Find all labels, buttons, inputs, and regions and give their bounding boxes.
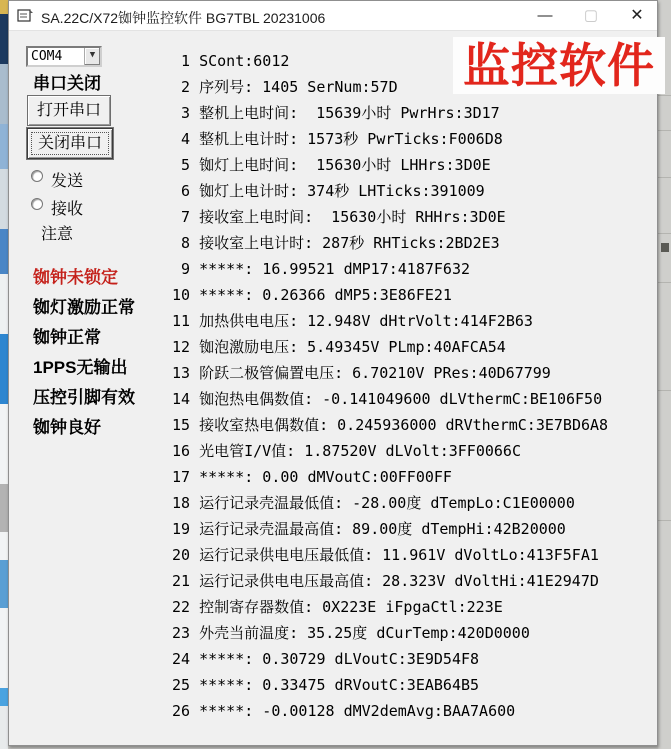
receive-radio-label: 接收 — [51, 196, 83, 219]
focus-rect — [31, 132, 109, 155]
monitor-line: 20 运行记录供电电压最低值: 11.961V dVoltLo:413F5FA1 — [172, 544, 652, 570]
monitor-line: 11 加热供电电压: 12.948V dHtrVolt:414F2B63 — [172, 310, 652, 336]
status-list: 铷钟未锁定铷灯激励正常铷钟正常1PPS无输出压控引脚有效铷钟良好 — [33, 263, 135, 443]
status-item: 1PPS无输出 — [33, 353, 135, 383]
monitor-line: 26 *****: -0.00128 dMV2demAvg:BAA7A600 — [172, 700, 652, 726]
monitor-line: 3 整机上电时间: 15639小时 PwrHrs:3D17 — [172, 102, 652, 128]
radio-circle-icon — [31, 198, 43, 210]
monitor-line: 25 *****: 0.33475 dRVoutC:3EAB64B5 — [172, 674, 652, 700]
monitor-output: 1 SCont:6012 2 序列号: 1405 SerNum:57D 3 整机… — [172, 50, 652, 726]
monitor-line: 8 接收室上电计时: 287秒 RHTicks:2BD2E3 — [172, 232, 652, 258]
background-glyph — [661, 243, 669, 252]
monitor-line: 18 运行记录壳温最低值: -28.00度 dTempLo:C1E00000 — [172, 492, 652, 518]
status-item: 压控引脚有效 — [33, 383, 135, 413]
monitor-line: 23 外壳当前温度: 35.25度 dCurTemp:420D0000 — [172, 622, 652, 648]
status-item: 铷钟正常 — [33, 323, 135, 353]
background-window-right-edge — [658, 0, 671, 749]
close-button[interactable]: ✕ — [615, 1, 659, 31]
monitor-line: 2 序列号: 1405 SerNum:57D — [172, 76, 652, 102]
status-item: 铷灯激励正常 — [33, 293, 135, 323]
monitor-line: 6 铷灯上电计时: 374秒 LHTicks:391009 — [172, 180, 652, 206]
monitor-line: 15 接收室热电偶数值: 0.245936000 dRVthermC:3E7BD… — [172, 414, 652, 440]
port-status-label: 串口关闭 — [33, 69, 101, 94]
status-item: 铷钟良好 — [33, 413, 135, 443]
monitor-line: 22 控制寄存器数值: 0X223E iFpgaCtl:223E — [172, 596, 652, 622]
radio-circle-icon — [31, 170, 43, 182]
maximize-button: ▢ — [569, 1, 613, 31]
open-serial-button[interactable]: 打开串口 — [27, 95, 111, 126]
note-label: 注意 — [41, 221, 73, 244]
app-icon — [17, 8, 34, 24]
monitor-line: 19 运行记录壳温最高值: 89.00度 dTempHi:42B20000 — [172, 518, 652, 544]
monitor-line: 1 SCont:6012 — [172, 50, 652, 76]
send-radio-label: 发送 — [51, 168, 83, 191]
com-port-value: COM4 — [31, 49, 62, 64]
minimize-button[interactable]: — — [523, 1, 567, 31]
monitor-line: 24 *****: 0.30729 dLVoutC:3E9D54F8 — [172, 648, 652, 674]
monitor-line: 13 阶跃二极管偏置电压: 6.70210V PRes:40D67799 — [172, 362, 652, 388]
monitor-line: 5 铷灯上电时间: 15630小时 LHHrs:3D0E — [172, 154, 652, 180]
dropdown-arrow-icon: ▼ — [84, 48, 100, 65]
monitor-line: 21 运行记录供电电压最高值: 28.323V dVoltHi:41E2947D — [172, 570, 652, 596]
status-item: 铷钟未锁定 — [33, 263, 135, 293]
close-serial-button[interactable]: 关闭串口 — [27, 128, 113, 159]
monitor-line: 7 接收室上电时间: 15630小时 RHHrs:3D0E — [172, 206, 652, 232]
titlebar: SA.22C/X72铷钟监控软件 BG7TBL 20231006 — ▢ ✕ — [9, 1, 657, 31]
monitor-line: 16 光电管I/V值: 1.87520V dLVolt:3FF0066C — [172, 440, 652, 466]
monitor-line: 4 整机上电计时: 1573秒 PwrTicks:F006D8 — [172, 128, 652, 154]
monitor-line: 9 *****: 16.99521 dMP17:4187F632 — [172, 258, 652, 284]
monitor-line: 14 铷泡热电偶数值: -0.141049600 dLVthermC:BE106… — [172, 388, 652, 414]
window-title: SA.22C/X72铷钟监控软件 BG7TBL 20231006 — [41, 8, 325, 28]
monitor-line: 10 *****: 0.26366 dMP5:3E86FE21 — [172, 284, 652, 310]
app-window: SA.22C/X72铷钟监控软件 BG7TBL 20231006 — ▢ ✕ 监… — [8, 0, 658, 746]
monitor-line: 12 铷泡激励电压: 5.49345V PLmp:40AFCA54 — [172, 336, 652, 362]
background-window-left-edge — [0, 0, 8, 749]
monitor-line: 17 *****: 0.00 dMVoutC:00FF00FF — [172, 466, 652, 492]
com-port-select[interactable]: COM4 ▼ — [26, 46, 102, 67]
